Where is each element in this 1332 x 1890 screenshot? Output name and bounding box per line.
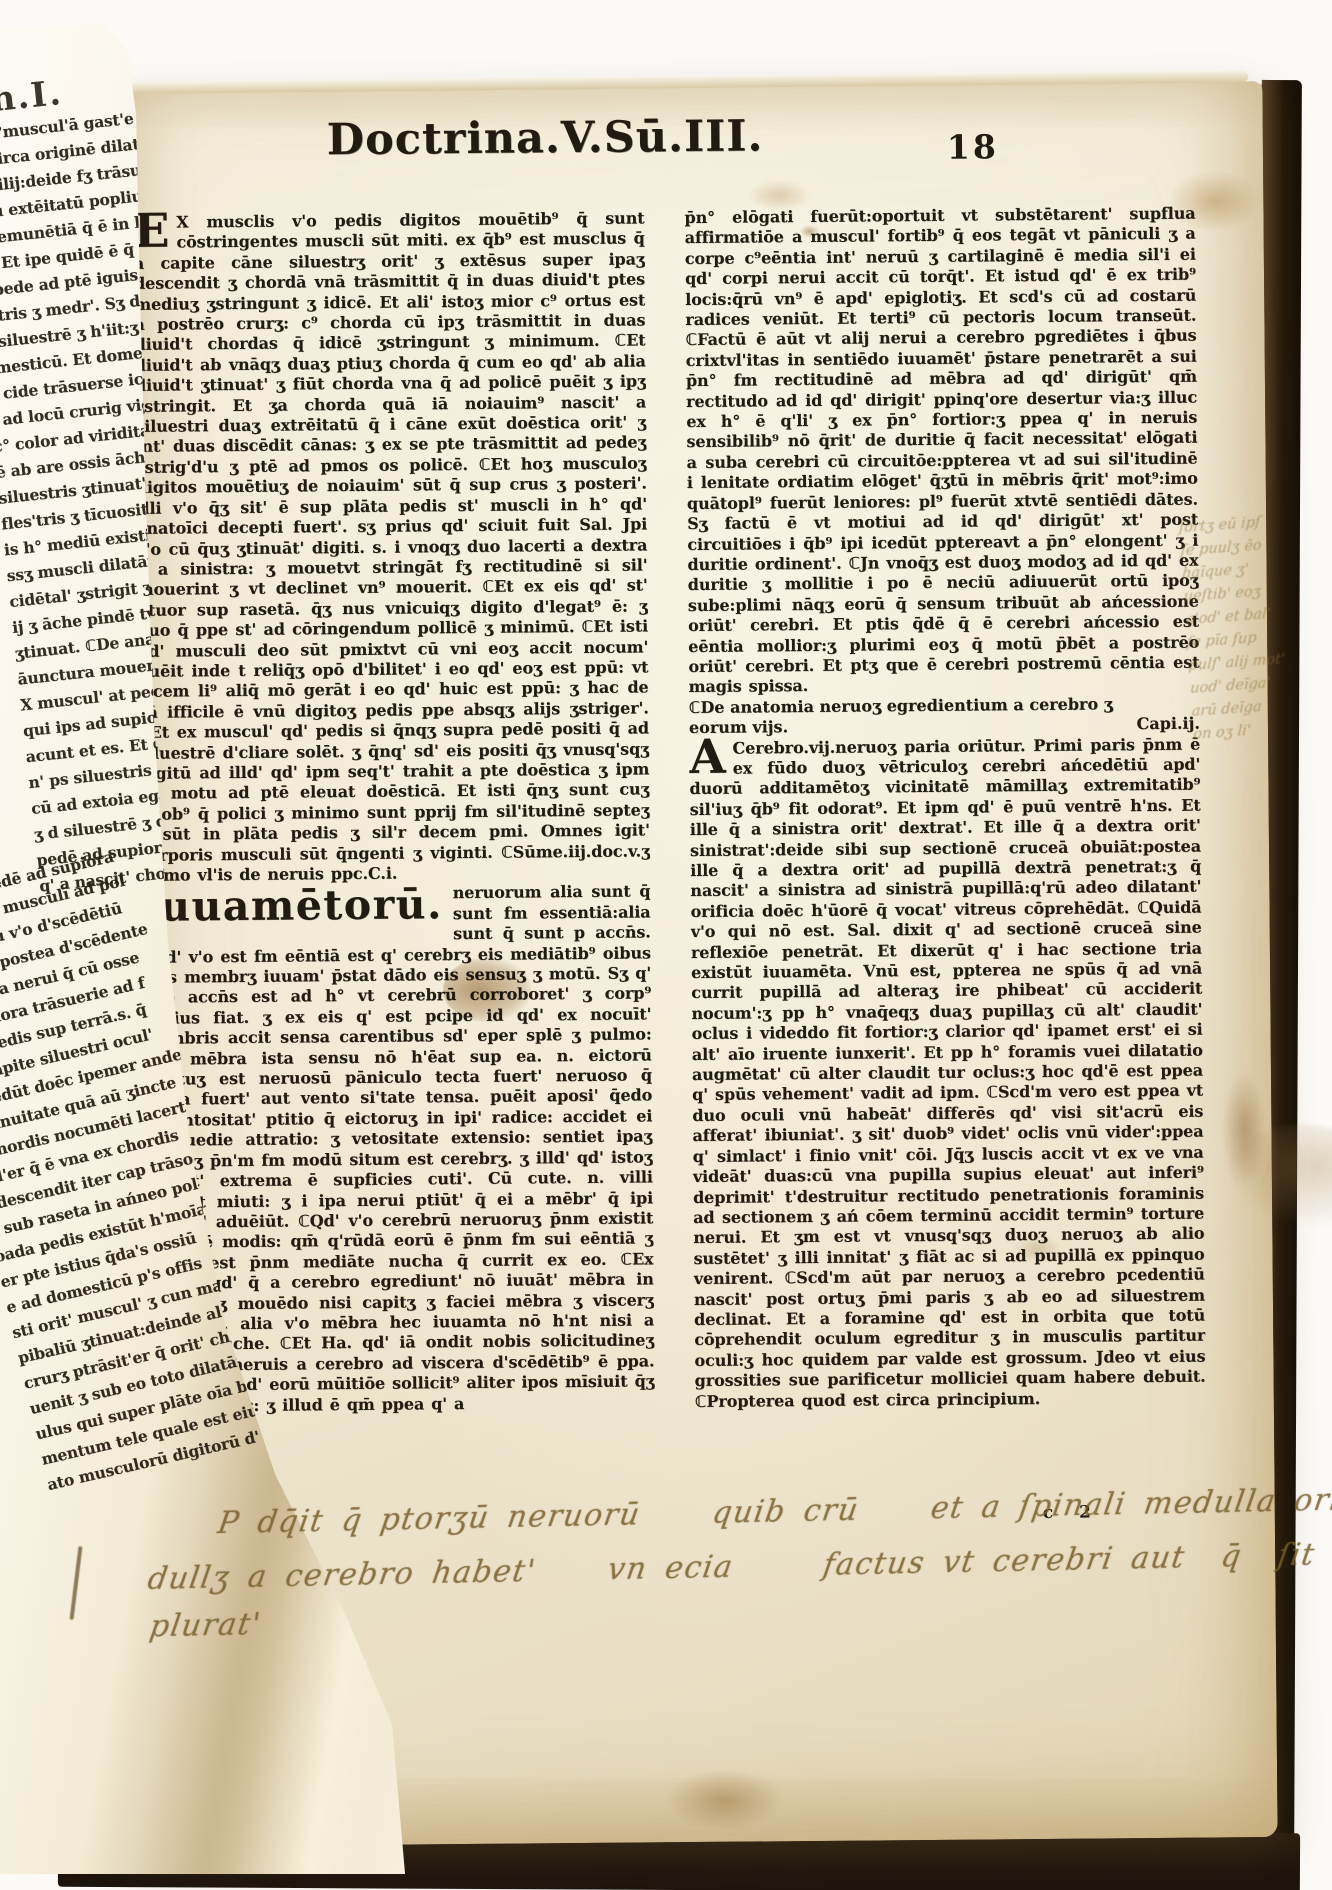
page-number: 18 [947,127,999,166]
paragraph-text: Cerebro.vij.neruoʒ paria oriūtur. Primi … [689,734,1205,1410]
margin-note-right: ſortʒ eū ipſſe puulʒ ēohaīque ʒ'ueſtib' … [1178,507,1332,746]
drop-cap-initial: E [133,212,176,249]
paragraph-text: p̄n° elōgati fuerūt:oportuit vt substēta… [684,204,1199,697]
text-column-right: p̄n° elōgati fuerūt:oportuit vt substēta… [684,204,1206,1508]
body-paragraph: EX musclis v'o pedis digitos mouētib⁹ q̄… [133,208,650,886]
drop-cap-initial: A [689,738,733,775]
section-heading: Iuuamētorū. [139,885,443,929]
paragraph-text: X musclis v'o pedis digitos mouētib⁹ q̄ … [134,208,650,884]
text-block: EX musclis v'o pedis digitos mouētib⁹ q̄… [133,204,1206,1513]
quire-signature: c 2 [1043,1502,1101,1523]
stain [667,1769,783,1830]
chapter-heading-text: eorum vijs. [689,717,788,738]
body-paragraph: p̄n° elōgati fuerūt:oportuit vt substēta… [684,204,1199,698]
book-photo: Doctrina.V.Sū.III. 18 EX musclis v'o ped… [0,0,1332,1890]
page-top-edge [118,70,1248,94]
body-paragraph: ACerebro.vij.neruoʒ paria oriūtur. Primi… [689,734,1206,1412]
running-title: Doctrina.V.Sū.III. [327,111,764,165]
